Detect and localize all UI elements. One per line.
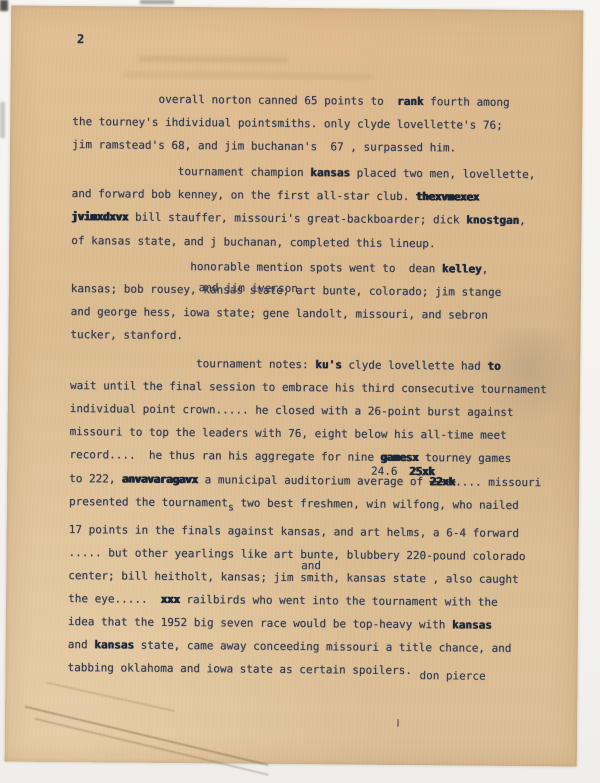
typed-text: presented the tournament <box>69 495 228 509</box>
overstruck-text: kansas <box>94 638 134 651</box>
text-line: presented the tournaments two best fresh… <box>69 490 579 523</box>
overstruck-text: knostgan <box>466 214 519 227</box>
typed-text: tucker, stanford. <box>70 328 183 342</box>
interline-insertion-and: and <box>261 546 321 586</box>
typed-text: idea that the 1952 big seven race would … <box>68 615 452 631</box>
interline-insertion-average: 24.625xk <box>331 451 435 491</box>
typed-text: jim ramstead's 68, and jim buchanan's 67… <box>72 138 456 154</box>
text-line: tucker, stanford. <box>70 323 580 351</box>
text-line: jim ramstead's 68, and jim buchanan's 67… <box>72 133 582 161</box>
edge-nick-corner <box>0 0 8 11</box>
overstruck-text: xxx <box>161 593 180 606</box>
page-number: 2 <box>77 32 84 46</box>
typed-text: , <box>482 262 489 275</box>
overstruck-text: kansas <box>452 618 492 631</box>
typed-text-body: overall norton canned 65 points to rank … <box>67 87 582 684</box>
typed-text: state, came away conceeding missouri a t… <box>134 639 512 655</box>
typed-text: placed two men, lovellette, <box>350 167 536 182</box>
overstruck-text: to <box>487 360 500 373</box>
overstruck-text: kansas <box>310 166 350 179</box>
typed-text: and <box>68 638 95 651</box>
paragraph: overall norton canned 65 points to rank … <box>72 87 583 161</box>
paragraph: tournament champion kansas placed two me… <box>71 159 582 256</box>
signature: don pierce <box>419 669 485 683</box>
typed-text: missouri to top the leaders with 76, eig… <box>70 425 507 442</box>
typed-text: individual point crown..... he closed wi… <box>70 402 514 419</box>
text-line: tabbing oklahoma and iowa state as certa… <box>67 656 577 684</box>
typed-text: the tourney's ihdividual pointsmiths. on… <box>72 115 503 132</box>
edge-smudge-left <box>0 102 5 138</box>
ghost-smudge <box>139 57 289 62</box>
typed-text: the eye..... <box>68 592 161 606</box>
paragraph: tournament notes: ku's clyde lovellette … <box>67 351 580 684</box>
scan-background: 2 overall norton canned 65 points to ran… <box>0 0 600 783</box>
text-line: of kansas state, and j buchanan, complet… <box>71 229 581 257</box>
scratch-mark <box>25 706 268 766</box>
interline-insertion-iverson: and jim iverson <box>159 268 298 308</box>
insertion-text: and jim iverson <box>199 281 298 295</box>
typed-text: railbirds who went into the tournament w… <box>180 593 498 609</box>
typed-text: tournament champion <box>72 164 311 179</box>
overstruck-text: kelley <box>442 262 482 275</box>
paragraph: honorable mention spots went to dean kel… <box>70 254 581 351</box>
typed-text: fourth among <box>423 95 509 109</box>
typed-text: tournament notes: <box>70 356 315 371</box>
document-page: 2 overall norton canned 65 points to ran… <box>5 6 584 767</box>
scratch-mark <box>47 682 174 712</box>
overstruck-text: ku's <box>315 358 342 371</box>
typed-text: to 222, <box>69 472 122 485</box>
scratch-mark <box>35 718 269 775</box>
overstruck-text: rank <box>397 95 424 108</box>
typed-text: , <box>519 214 526 227</box>
overstruck-text: jvimxdxvx <box>71 211 128 224</box>
typed-text: tabbing oklahoma and iowa state as certa… <box>67 661 411 677</box>
ink-fleck <box>397 719 399 727</box>
edge-nick-top <box>140 0 174 4</box>
typed-text: of kansas state, and j buchanan, complet… <box>71 234 435 250</box>
typed-text: clyde lovellette had <box>342 358 488 372</box>
typed-text: .... missouri <box>455 475 541 489</box>
ghost-smudge <box>123 72 373 78</box>
overstruck-text: thexvmexex <box>416 190 479 204</box>
typed-text: overall norton canned 65 points to <box>72 92 397 108</box>
typed-text: two best freshmen, win wilfong, who nail… <box>234 496 519 511</box>
typed-text: 17 points in the finals against kansas, … <box>69 523 519 540</box>
insertion-value: 24.6 <box>371 465 398 478</box>
typed-text: bill stauffer, missouri's great-backboar… <box>128 211 466 227</box>
typed-text: wait until the final session to embrace … <box>70 379 547 396</box>
overstruck-text: anvavaragavx <box>122 472 198 486</box>
screenshot-root: { "document": { "page_number": "2", "sig… <box>0 0 600 783</box>
typed-text: and forward bob kenney, on the first all… <box>72 187 416 203</box>
insertion-struck-value: 25xk <box>409 465 434 478</box>
insertion-text: and <box>301 559 321 572</box>
